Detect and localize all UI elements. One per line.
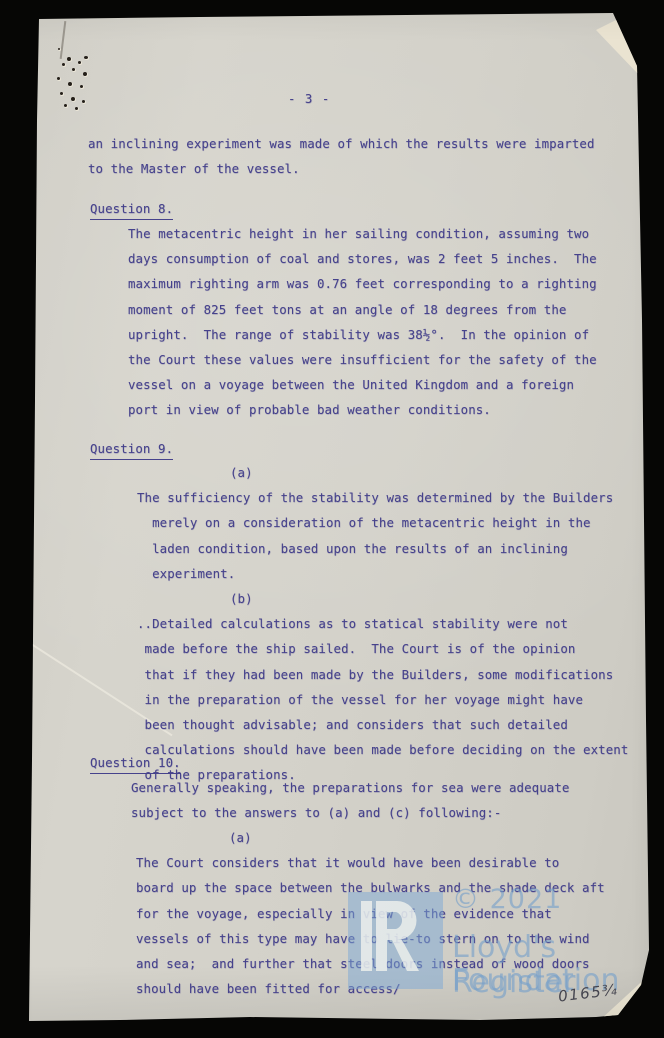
item-text: ..Detailed calculations as to statical s… <box>137 611 664 787</box>
question-9-heading-text: Question 9. <box>90 441 173 460</box>
question-9-items: (a) The sufficiency of the stability was… <box>0 460 664 788</box>
page-number: - 3 - <box>288 86 330 111</box>
item-text: The sufficiency of the stability was det… <box>137 485 664 586</box>
item-marker: (b) <box>230 591 253 606</box>
item-text: The Court considers that it would have b… <box>136 850 664 1001</box>
item-marker: (a) <box>229 830 252 845</box>
intro-paragraph: an inclining experiment was made of whic… <box>88 131 595 181</box>
question-10-heading: Question 10. <box>90 750 181 775</box>
question-8-body: The metacentric height in her sailing co… <box>128 221 597 423</box>
scan-background: - 3 - an inclining experiment was made o… <box>0 0 664 1038</box>
question-8-heading: Question 8. <box>90 196 173 221</box>
paper-crease-top-left <box>60 21 66 59</box>
question-8-heading-text: Question 8. <box>90 201 173 220</box>
document-page: - 3 - an inclining experiment was made o… <box>0 0 664 1038</box>
question-10-heading-text: Question 10. <box>90 755 181 774</box>
question-10-items: (a) The Court considers that it would ha… <box>0 825 664 1001</box>
question-9-heading: Question 9. <box>90 436 173 461</box>
item-marker: (a) <box>230 465 253 480</box>
list-item-a: (a) The Court considers that it would ha… <box>0 825 664 1001</box>
list-item-a: (a) The sufficiency of the stability was… <box>0 460 664 586</box>
question-10-body: Generally speaking, the preparations for… <box>131 775 569 825</box>
